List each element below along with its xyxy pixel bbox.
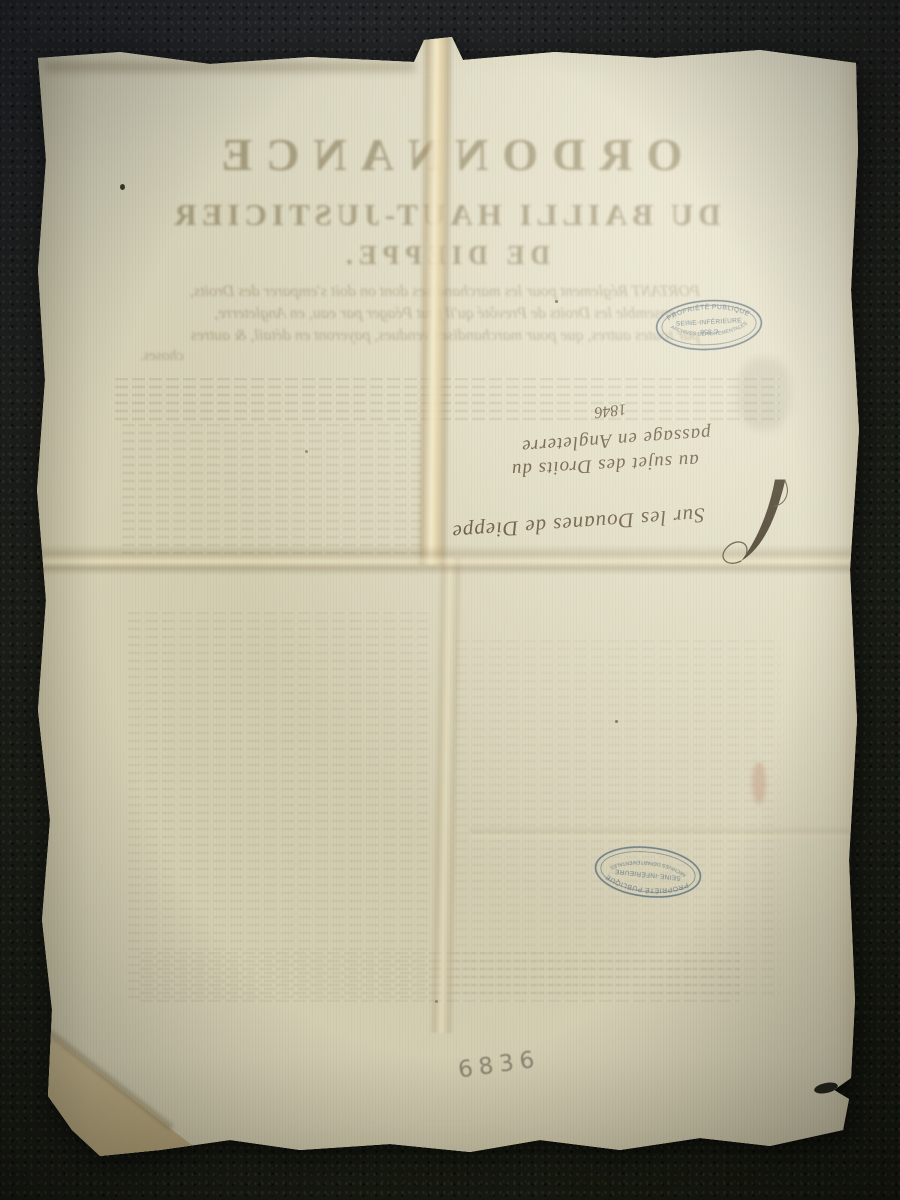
top-edge-shadow [45, 62, 415, 72]
archive-stamp-upper: PROPRIÉTÉ PUBLIQUE SEINE-INFÉRIEURE C 85… [651, 293, 768, 357]
document-paper: ORDONNANCE DU BAILLI HAUT-JUSTICIER DE D… [0, 0, 900, 1200]
paper-shadow-wrap: ORDONNANCE DU BAILLI HAUT-JUSTICIER DE D… [0, 0, 900, 1200]
bleed-title-line1: ORDONNANCE [60, 128, 830, 181]
handwritten-note-rotated: Sur les Douanes de Dieppe au sujet des D… [415, 392, 795, 562]
vertical-fold-crease-bottom [429, 558, 462, 1033]
archive-stamp-lower: PROPRIÉTÉ PUBLIQUE SEINE-INFÉRIEURE ARCH… [587, 837, 708, 907]
red-ink-smudge [752, 762, 766, 804]
oval-stamp-icon: PROPRIÉTÉ PUBLIQUE SEINE-INFÉRIEURE ARCH… [587, 837, 708, 907]
photo-background: ORDONNANCE DU BAILLI HAUT-JUSTICIER DE D… [0, 0, 900, 1200]
bleed-paragraph-line: choses. [140, 348, 184, 365]
bleed-text-column-lower-right [455, 640, 780, 995]
foxing-specks [555, 300, 558, 303]
pencil-inventory-number: 6836 [457, 1046, 542, 1083]
bleed-title-line2: DU BAILLI HAUT-JUSTICIER [60, 197, 830, 233]
stamp-middle-text: SEINE-INFÉRIEURE [676, 316, 743, 328]
bleed-title-line3: DE DIEPPE. [60, 240, 830, 271]
ink-flourish-initial-icon [709, 476, 795, 568]
bleed-text-column-upper-left [122, 424, 422, 558]
small-hole [120, 184, 125, 190]
bleed-text-band-bottom [140, 952, 740, 1002]
bleed-text-column-lower-left [128, 612, 428, 1004]
right-edge-browning [838, 60, 862, 1140]
handwriting-line: Sur les Douanes de Dieppe [451, 502, 706, 545]
oval-stamp-icon: PROPRIÉTÉ PUBLIQUE SEINE-INFÉRIEURE C 85… [651, 293, 768, 357]
minor-horizontal-crease [470, 826, 850, 842]
